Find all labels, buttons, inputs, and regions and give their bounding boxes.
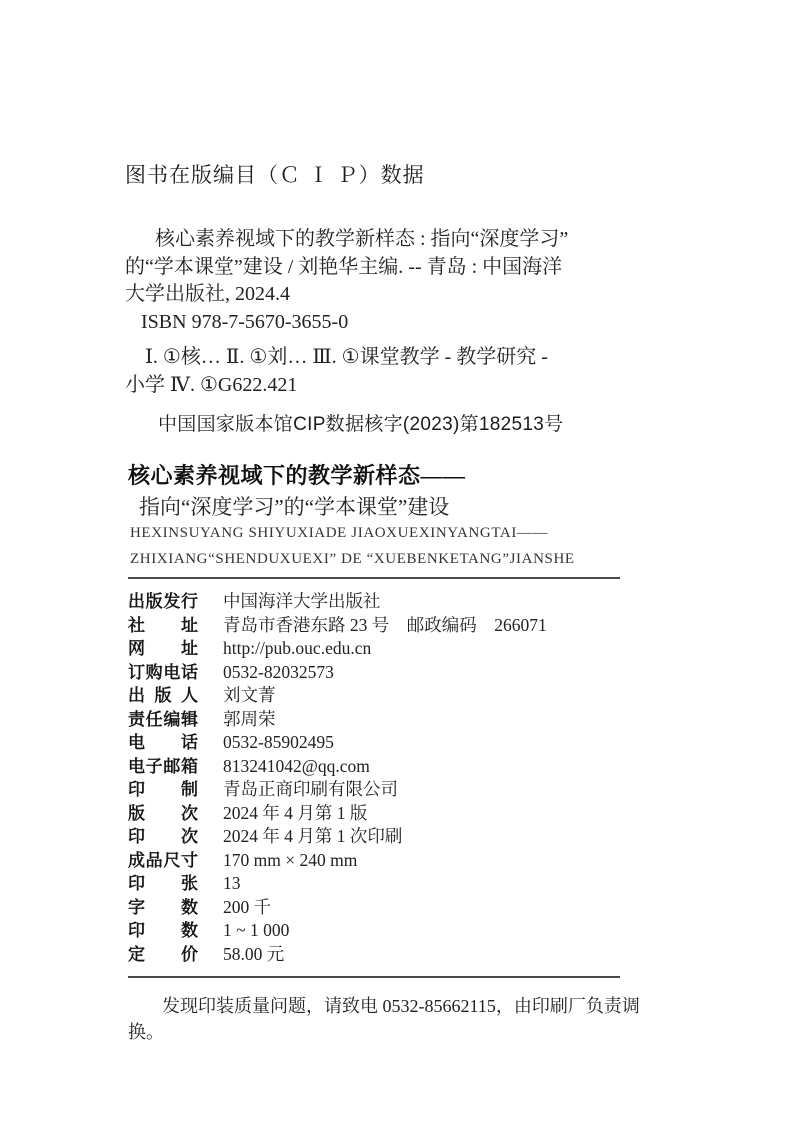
colophon-row-printer: 印制青岛正商印刷有限公司 — [128, 778, 628, 802]
cip-registry-number: 中国国家版本馆CIP数据核字(2023)第182513号 — [158, 409, 563, 436]
colophon-value: 0532-85902495 — [223, 732, 334, 752]
colophon-row-edition: 版次2024 年 4 月第 1 版 — [128, 802, 628, 826]
colophon-row-website: 网址http://pub.ouc.edu.cn — [128, 637, 628, 661]
book-title-pinyin: HEXINSUYANG SHIYUXIADE JIAOXUEXINYANGTAI… — [130, 525, 548, 542]
colophon-value: 青岛正商印刷有限公司 — [223, 779, 398, 799]
book-subtitle-pinyin: ZHIXIANG“SHENDUXUEXI” DE “XUEBENKETANG”J… — [130, 551, 575, 568]
divider-rule-bottom — [128, 976, 620, 978]
colophon-label: 定价 — [128, 943, 198, 967]
colophon-row-publisher-person: 出版人刘文菁 — [128, 684, 628, 708]
colophon-value: 170 mm × 240 mm — [223, 850, 357, 870]
colophon-row-price: 定价58.00 元 — [128, 943, 628, 967]
colophon-value: 1 ~ 1 000 — [223, 920, 289, 940]
cip-classification: Ⅰ. ①核… Ⅱ. ①刘… Ⅲ. ①课堂教学 - 教学研究 - 小学 Ⅳ. ①G… — [125, 344, 605, 399]
colophon-label: 社址 — [128, 614, 198, 638]
colophon-value: 青岛市香港东路 23 号 邮政编码 266071 — [223, 615, 547, 635]
colophon-value: 2024 年 4 月第 1 次印刷 — [223, 826, 402, 846]
colophon-value: http://pub.ouc.edu.cn — [223, 638, 371, 658]
colophon-label: 网址 — [128, 637, 198, 661]
colophon-row-sheets: 印张13 — [128, 872, 628, 896]
colophon-row-trim-size: 成品尺寸170 mm × 240 mm — [128, 849, 628, 873]
cip-record: 核心素养视域下的教学新样态 : 指向“深度学习” 的“学本课堂”建设 / 刘艳华… — [125, 226, 605, 336]
colophon-table: 出版发行中国海洋大学出版社 社址青岛市香港东路 23 号 邮政编码 266071… — [128, 590, 628, 966]
cip-record-line: 大学出版社, 2024.4 — [125, 281, 605, 309]
colophon-row-word-count: 字数200 千 — [128, 896, 628, 920]
book-subtitle: 指向“深度学习”的“学本课堂”建设 — [139, 491, 449, 521]
colophon-label: 责任编辑 — [128, 708, 198, 732]
quality-notice: 发现印装质量问题，请致电 0532-85662115，由印刷厂负责调换。 — [128, 992, 648, 1044]
colophon-label: 印数 — [128, 919, 198, 943]
colophon-value: 813241042@qq.com — [223, 756, 370, 776]
colophon-row-print-run: 印数1 ~ 1 000 — [128, 919, 628, 943]
colophon-value: 中国海洋大学出版社 — [223, 591, 381, 611]
colophon-label: 出版人 — [128, 684, 198, 708]
colophon-label: 印次 — [128, 825, 198, 849]
colophon-row-impression: 印次2024 年 4 月第 1 次印刷 — [128, 825, 628, 849]
book-title: 核心素养视域下的教学新样态—— — [128, 459, 466, 490]
colophon-label: 版次 — [128, 802, 198, 826]
colophon-row-address: 社址青岛市香港东路 23 号 邮政编码 266071 — [128, 614, 628, 638]
colophon-value: 郭周荣 — [223, 709, 276, 729]
colophon-row-editor: 责任编辑郭周荣 — [128, 708, 628, 732]
colophon-label: 成品尺寸 — [128, 849, 198, 873]
cip-record-line: 核心素养视域下的教学新样态 : 指向“深度学习” — [125, 226, 605, 254]
colophon-label: 印张 — [128, 872, 198, 896]
divider-rule-top — [128, 577, 620, 579]
classification-line: Ⅰ. ①核… Ⅱ. ①刘… Ⅲ. ①课堂教学 - 教学研究 - — [125, 344, 605, 372]
colophon-label: 订购电话 — [128, 661, 198, 685]
colophon-row-publisher: 出版发行中国海洋大学出版社 — [128, 590, 628, 614]
colophon-value: 200 千 — [223, 897, 271, 917]
colophon-value: 刘文菁 — [223, 685, 276, 705]
colophon-label: 出版发行 — [128, 590, 198, 614]
colophon-row-order-phone: 订购电话0532-82032573 — [128, 661, 628, 685]
colophon-value: 13 — [223, 873, 241, 893]
colophon-value: 2024 年 4 月第 1 版 — [223, 803, 367, 823]
colophon-label: 电子邮箱 — [128, 755, 198, 779]
colophon-value: 58.00 元 — [223, 944, 284, 964]
cip-record-line: 的“学本课堂”建设 / 刘艳华主编. -- 青岛 : 中国海洋 — [125, 254, 605, 282]
colophon-label: 字数 — [128, 896, 198, 920]
colophon-label: 电话 — [128, 731, 198, 755]
colophon-row-phone: 电话0532-85902495 — [128, 731, 628, 755]
isbn-line: ISBN 978-7-5670-3655-0 — [141, 309, 605, 337]
colophon-value: 0532-82032573 — [223, 662, 334, 682]
cip-heading: 图书在版编目（Ｃ Ｉ Ｐ）数据 — [125, 159, 425, 189]
colophon-row-email: 电子邮箱813241042@qq.com — [128, 755, 628, 779]
colophon-label: 印制 — [128, 778, 198, 802]
classification-line: 小学 Ⅳ. ①G622.421 — [125, 372, 605, 400]
